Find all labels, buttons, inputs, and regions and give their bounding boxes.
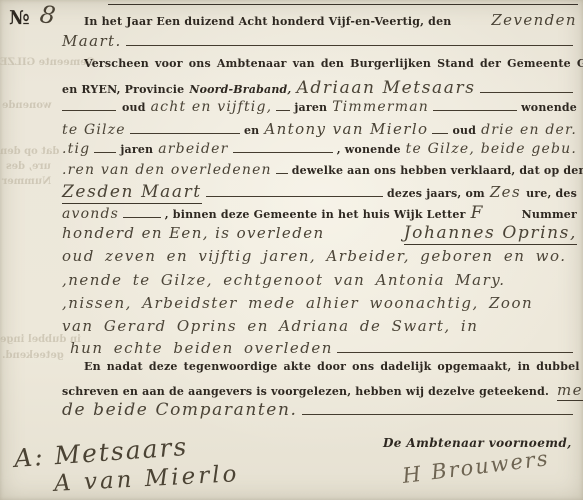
rule-fill	[206, 196, 383, 197]
bleedthrough-text: in dubbel inge	[0, 334, 81, 345]
rule-fill	[433, 110, 517, 111]
act-line-declarant2-details: .tig jaren arbeider , wonende te Gilze, …	[62, 141, 577, 157]
act-number-label: №	[9, 7, 31, 29]
act-line-deceased-age: oud zeven en vijftig jaren, Arbeider, ge…	[62, 247, 577, 265]
closing-addition: met	[557, 381, 583, 401]
en-label: en	[244, 124, 259, 137]
year-text: In het Jaar Een duizend Acht honderd Vij…	[84, 15, 451, 28]
top-rule	[108, 4, 578, 5]
comparanten-handwritten: de beide Comparanten.	[62, 400, 298, 420]
day-handwritten: Zevenden	[491, 11, 577, 29]
declarant2-occupation: arbeider	[158, 141, 228, 157]
rule-fill	[130, 133, 240, 134]
deceased-age-occupation: oud zeven en vijftig jaren, Arbeider, ge…	[62, 247, 567, 265]
bleedthrough-text: wonende	[2, 100, 52, 111]
act-line-death-date: Zesden Maart dezes jaars, om Zes ure, de…	[62, 182, 577, 204]
appeared-text: Verscheen voor ons Ambtenaar van den Bur…	[84, 57, 583, 70]
act-line-closing3: de beide Comparanten.	[62, 400, 577, 420]
wijk-letter: F	[471, 203, 484, 223]
act-line-closing2: schreven en aan de aangevers is voorgele…	[62, 381, 577, 401]
declarant2-name: Antony van Mierlo	[264, 120, 428, 138]
officer-signature: H Brouwers	[401, 446, 551, 488]
dash-rule	[276, 173, 288, 174]
month-handwritten: Maart.	[62, 32, 122, 50]
bleedthrough-text: ure, des	[6, 161, 51, 172]
ure-des-label: ure, des	[526, 187, 577, 200]
declarant1-age: acht en vijftig,	[151, 99, 273, 115]
wonende-label: , wonende	[337, 143, 401, 156]
oud-label: oud	[122, 101, 146, 114]
declarant2-age-part2: .tig	[62, 141, 90, 157]
declaration-text: dewelke aan ons hebben verklaard, dat op…	[292, 164, 583, 177]
act-line-relation: .ren van den overledenen dewelke aan ons…	[62, 162, 577, 178]
dash-rule	[94, 152, 116, 153]
closing-text-2: schreven en aan de aangevers is voorgele…	[62, 385, 549, 398]
declarant1-occupation: Timmerman	[332, 99, 429, 115]
bleedthrough-text: Gemeente GILZE	[0, 57, 95, 68]
death-date-handwritten: Zesden Maart	[62, 182, 202, 204]
house-text: , binnen deze Gemeente in het huis Wijk …	[165, 208, 466, 221]
jaren-label: jaren	[120, 143, 153, 156]
act-line-deceased: honderd en Een, is overleden Johannes Op…	[62, 223, 577, 245]
declarant1-name: Adriaan Metsaars	[296, 78, 475, 98]
act-line-spouse-details: ,nissen, Arbeidster mede alhier woonacht…	[62, 294, 577, 312]
house-number: honderd en Een, is overleden	[62, 224, 325, 242]
rule-fill	[302, 414, 573, 415]
rule-fill	[233, 152, 333, 153]
act-line-house: avonds , binnen deze Gemeente in het hui…	[62, 203, 577, 223]
bleedthrough-text: geteekend.	[2, 350, 64, 361]
province-text: Noord-Braband,	[189, 83, 291, 96]
dash-rule	[432, 133, 448, 134]
act-line-declarant1-details: oud acht en vijftig, jaren Timmerman won…	[62, 99, 577, 115]
bleedthrough-text: Nummer	[2, 176, 51, 187]
dash-rule	[276, 110, 290, 111]
deceased-name: Johannes Oprins,	[404, 223, 577, 245]
act-line-parents-status: hun echte beiden overleden	[70, 339, 577, 357]
rule-fill	[126, 45, 573, 46]
oud-label: oud	[452, 124, 476, 137]
deceased-spouse: ,nende te Gilze, echtgenoot van Antonia …	[62, 271, 506, 289]
act-line-deceased-spouse: ,nende te Gilze, echtgenoot van Antonia …	[62, 271, 577, 289]
rule-fill	[123, 217, 161, 218]
relation-to-deceased: .ren van den overledenen	[62, 162, 272, 178]
rule-lead	[62, 110, 116, 111]
declarant2-residence: te Gilze, beide gebu.	[406, 141, 577, 157]
parents-status: hun echte beiden overleden	[70, 339, 333, 357]
closing-text-1: En nadat deze tegenwoordige akte door on…	[84, 360, 583, 373]
act-line-parents: van Gerard Oprins en Adriana de Swart, i…	[62, 317, 577, 335]
death-hour: Zes	[490, 183, 521, 201]
dezes-jaars-label: dezes jaars, om	[387, 187, 485, 200]
act-line-year: In het Jaar Een duizend Acht honderd Vij…	[84, 11, 577, 29]
deceased-parents: van Gerard Oprins en Adriana de Swart, i…	[62, 317, 478, 335]
municipality-text: en RYEN, Provincie	[62, 83, 184, 96]
time-of-day: avonds	[62, 206, 119, 222]
bleedthrough-text: dat op den	[0, 146, 59, 157]
act-line-declarant2: te Gilze en Antony van Mierlo oud drie e…	[62, 120, 577, 138]
wonende-label: wonende	[521, 101, 577, 114]
nummer-label: Nummer	[522, 208, 577, 221]
death-certificate-scan: № 8 Gemeente GILZE wonende dat op den ur…	[0, 0, 583, 500]
spouse-details: ,nissen, Arbeidster mede alhier woonacht…	[62, 294, 533, 312]
rule-fill	[337, 352, 573, 353]
declarant2-age-part1: drie en der.	[481, 122, 577, 138]
act-number-value: 8	[38, 0, 57, 30]
act-line-declarant1: en RYEN, Provincie Noord-Braband, Adriaa…	[62, 78, 577, 98]
act-line-closing1: En nadat deze tegenwoordige akte door on…	[84, 360, 577, 373]
act-line-appeared: Verscheen voor ons Ambtenaar van den Bur…	[84, 57, 577, 70]
declarant1-residence: te Gilze	[62, 122, 126, 138]
jaren-label: jaren	[294, 101, 327, 114]
act-line-month: Maart.	[62, 32, 577, 50]
rule-fill	[480, 92, 573, 93]
